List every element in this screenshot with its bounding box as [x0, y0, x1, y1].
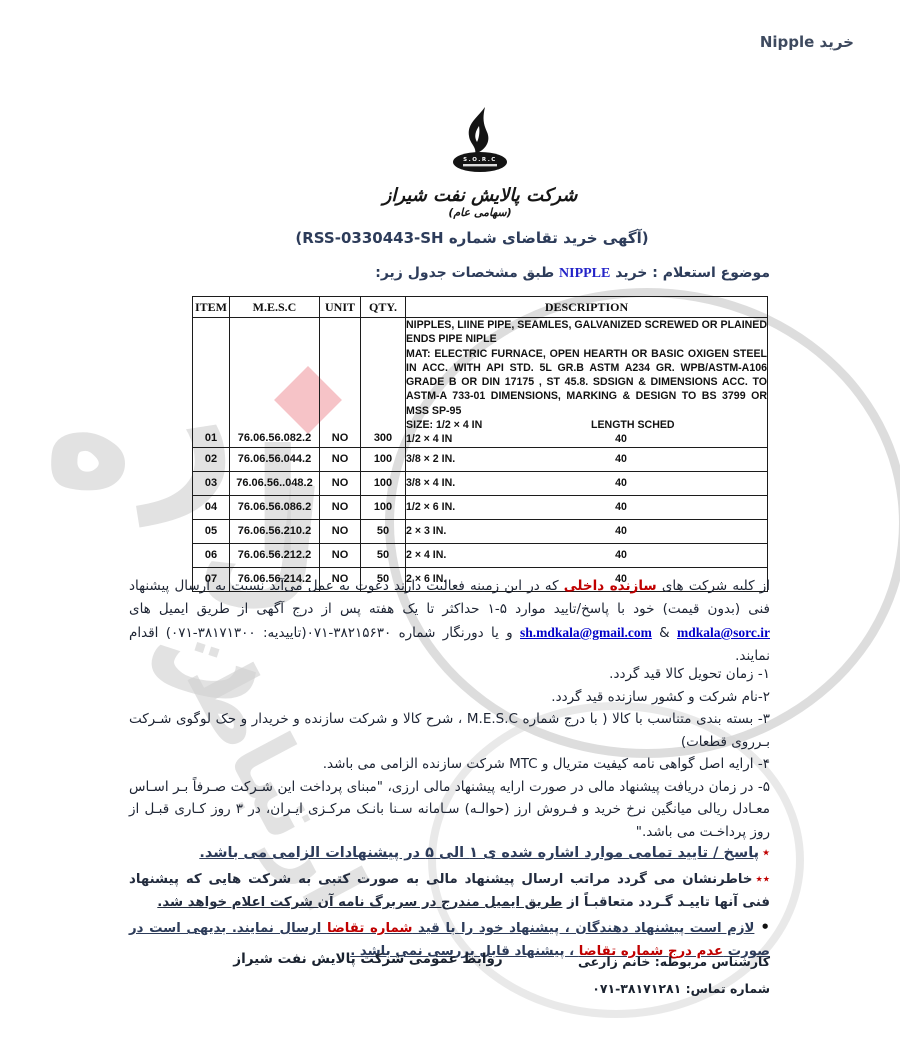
cell-unit: NO [320, 471, 361, 495]
table-row: 06 76.06.56.212.2 NO 50 2 × 4 IN.40 [193, 543, 768, 567]
table-row: 02 76.06.56.044.2 NO 100 3/8 × 2 IN.40 [193, 447, 768, 471]
star-icon: ٭ [762, 845, 770, 861]
subject-tail: طبق مشخصات جدول زیر: [375, 265, 559, 281]
col-header-mesc: M.E.S.C [230, 297, 320, 318]
cell-description: 2 × 3 IN.40 [406, 519, 768, 543]
col-header-qty: QTY. [361, 297, 406, 318]
cell-mesc: 76.06.56.086.2 [230, 495, 320, 519]
bullet-icon: • [760, 918, 770, 936]
items-table: ITEM M.E.S.C UNIT QTY. DESCRIPTION 01 76… [192, 296, 768, 592]
cell-qty: 300 [361, 318, 406, 448]
confirmation-number: ۰۷۱-۳۸۱۷۱۳۰۰ [171, 625, 256, 641]
cell-description: NIPPLES, LIINE PIPE, SEAMLES, GALVANIZED… [406, 318, 768, 448]
note-text: لازم است پیشنهاد دهندگان ، پیشنهاد خود ر… [412, 921, 754, 936]
subject-line: موضوع استعلام : خرید NIPPLE طبق مشخصات ج… [375, 265, 770, 282]
cell-description: 3/8 × 4 IN.40 [406, 471, 768, 495]
cell-qty: 100 [361, 447, 406, 471]
size-label: SIZE: 1/2 × 4 IN [406, 418, 591, 432]
list-item-2: ۲-نام شرکت و کشور سازنده قید گردد. [129, 686, 770, 709]
cell-unit: NO [320, 519, 361, 543]
col-header-description: DESCRIPTION [406, 297, 768, 318]
flame-logo-icon: S.O.R.C [441, 106, 519, 180]
cell-unit: NO [320, 447, 361, 471]
list-item-3: ۳- بسته بندی متناسب با کالا ( با درج شما… [129, 708, 770, 753]
description-line: NIPPLES, LIINE PIPE, SEAMLES, GALVANIZED… [406, 318, 767, 347]
intro-text: و یا دورنگار شماره [391, 625, 520, 641]
intro-text: (تاییدیه: [256, 625, 307, 641]
org-type: (سهامی عام) [360, 206, 600, 219]
table-row: 03 76.06.56..048.2 NO 100 3/8 × 4 IN.40 [193, 471, 768, 495]
cell-item: 03 [193, 471, 230, 495]
row-sched: 40 [591, 500, 651, 514]
domestic-manufacturer-highlight: سازنده داخلی [564, 578, 657, 594]
double-star-icon: ٭٭ [756, 872, 771, 887]
mandatory-note-text: پاسخ / تایید تمامی موارد اشاره شده ی ۱ ا… [199, 845, 759, 861]
table-row: 05 76.06.56.210.2 NO 50 2 × 3 IN.40 [193, 519, 768, 543]
list-item-4: ۴- ارایه اصل گواهی نامه کیفیت متریال و M… [129, 753, 770, 776]
requirements-list: ۱- زمان تحویل کالا قید گردد. ۲-نام شرکت … [129, 663, 770, 843]
contact-block: کارشناس مربوطه: خانم زارعی شماره تماس: ۰… [578, 948, 770, 1002]
request-number-highlight: شماره تقاضا [327, 921, 412, 936]
row-size: 3/8 × 2 IN. [406, 452, 591, 466]
intro-paragraph: از کلیه شرکت های سازنده داخلی که در این … [129, 575, 770, 668]
fax-number: ۰۷۱-۳۸۲۱۵۶۳۰ [307, 625, 392, 641]
email-link-gmail[interactable]: sh.mdkala@gmail.com [520, 625, 652, 640]
page-title-corner: خرید Nipple [760, 33, 854, 51]
col-header-unit: UNIT [320, 297, 361, 318]
cell-unit: NO [320, 318, 361, 448]
cell-item: 06 [193, 543, 230, 567]
row-size: 1/2 × 6 IN. [406, 500, 591, 514]
email-link-sorc[interactable]: mdkala@sorc.ir [677, 625, 770, 640]
cell-mesc: 76.06.56.044.2 [230, 447, 320, 471]
cell-item: 01 [193, 318, 230, 448]
list-item-1: ۱- زمان تحویل کالا قید گردد. [129, 663, 770, 686]
cell-item: 05 [193, 519, 230, 543]
followup-note: ٭٭خاطرنشان می گردد مراتب ارسال پیشنهاد م… [129, 868, 770, 914]
description-line: MAT: ELECTRIC FURNACE, OPEN HEARTH OR BA… [406, 347, 767, 418]
table-row: 04 76.06.56.086.2 NO 100 1/2 × 6 IN.40 [193, 495, 768, 519]
followup-note-underlined: طریق ایمیل مندرج در سربرگ نامه آن شرکت ا… [157, 895, 562, 910]
cell-mesc: 76.06.56.082.2 [230, 318, 320, 448]
list-item-5: ۵- در زمان دریافت پیشنهاد مالی در صورت ا… [129, 776, 770, 844]
ampersand: & [652, 625, 677, 641]
cell-qty: 50 [361, 519, 406, 543]
row-sched: 40 [591, 524, 651, 538]
org-name-calligraphy: شرکت پالایش نفت شیراز [360, 185, 600, 206]
sched-label: LENGTH SCHED [591, 418, 675, 432]
cell-mesc: 76.06.56.210.2 [230, 519, 320, 543]
public-relations-signature: روابط عمومی شرکت پالایش نفت شیراز [233, 951, 502, 967]
watermark-glyph: ه [44, 360, 133, 510]
cell-mesc: 76.06.56.212.2 [230, 543, 320, 567]
cell-qty: 50 [361, 543, 406, 567]
cell-item: 02 [193, 447, 230, 471]
intro-text: حداکثر تا یک هفته پس از درج آگهی از طریق… [129, 601, 488, 617]
row-size: 3/8 × 4 IN. [406, 476, 591, 490]
cell-qty: 100 [361, 471, 406, 495]
table-row: 01 76.06.56.082.2 NO 300 NIPPLES, LIINE … [193, 318, 768, 448]
announcement-title: (آگهی خرید تقاضای شماره RSS-0330443-SH) [295, 229, 648, 247]
mandatory-note: ٭پاسخ / تایید تمامی موارد اشاره شده ی ۱ … [129, 845, 770, 861]
row-sched: 40 [591, 452, 651, 466]
cell-unit: NO [320, 543, 361, 567]
cell-qty: 100 [361, 495, 406, 519]
logo-abbr: S.O.R.C [463, 157, 497, 163]
col-header-item: ITEM [193, 297, 230, 318]
row-size: 2 × 3 IN. [406, 524, 591, 538]
intro-text: از کلیه شرکت های [657, 578, 770, 594]
items-range: ۱-۵ [488, 601, 507, 617]
subject-item: NIPPLE [559, 266, 610, 281]
phone-label: شماره تماس: [681, 981, 770, 996]
phone-number: ۰۷۱-۳۸۱۷۱۲۸۱ [592, 981, 681, 996]
cell-unit: NO [320, 495, 361, 519]
phone-line: شماره تماس: ۰۷۱-۳۸۱۷۱۲۸۱ [578, 975, 770, 1002]
cell-description: 1/2 × 6 IN.40 [406, 495, 768, 519]
row-sched: 40 [591, 548, 651, 562]
expert-line: کارشناس مربوطه: خانم زارعی [578, 948, 770, 975]
cell-mesc: 76.06.56..048.2 [230, 471, 320, 495]
cell-item: 04 [193, 495, 230, 519]
subject-lead: موضوع استعلام : خرید [610, 265, 770, 281]
cell-description: 3/8 × 2 IN.40 [406, 447, 768, 471]
row-size: 1/2 × 4 IN [406, 432, 591, 446]
row-sched: 40 [591, 476, 651, 490]
row-size: 2 × 4 IN. [406, 548, 591, 562]
row-sched: 40 [591, 432, 651, 446]
cell-description: 2 × 4 IN.40 [406, 543, 768, 567]
company-logo: S.O.R.C شرکت پالایش نفت شیراز (سهامی عام… [360, 106, 600, 219]
table-header-row: ITEM M.E.S.C UNIT QTY. DESCRIPTION [193, 297, 768, 318]
